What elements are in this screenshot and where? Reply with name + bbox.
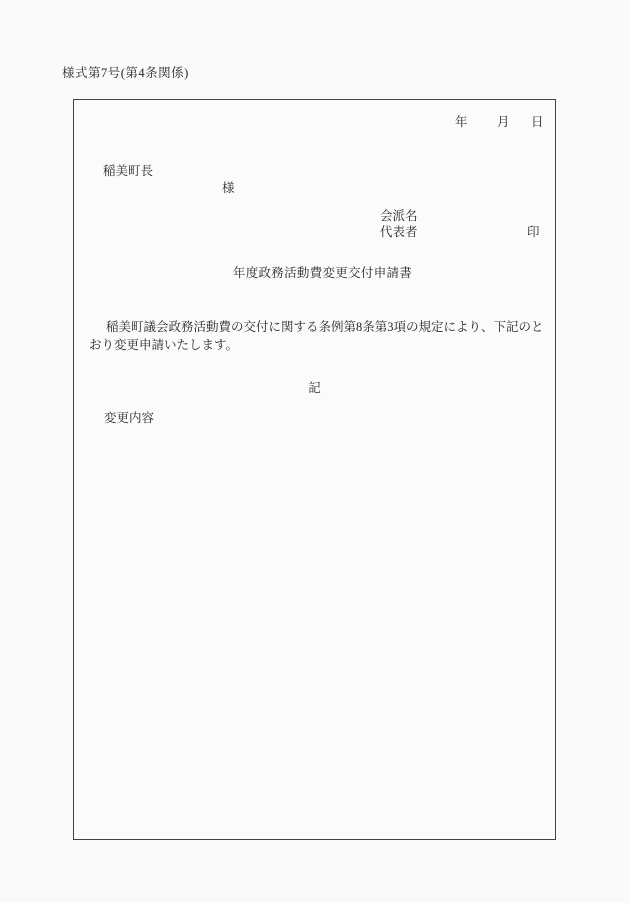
- change-contents-label: 変更内容: [104, 408, 154, 426]
- body-line-1: 稲美町議会政務活動費の交付に関する条例第8条第3項の規定により、下記のと: [89, 318, 541, 336]
- representative-label: 代表者: [380, 222, 418, 240]
- addressee-mayor: 稲美町長: [103, 161, 153, 179]
- body-paragraph: 稲美町議会政務活動費の交付に関する条例第8条第3項の規定により、下記のと おり変…: [89, 318, 541, 354]
- body-line-2: おり変更申請いたします。: [89, 336, 541, 354]
- document-page: 様式第7号(第4条関係) 年 月 日 稲美町長 様 会派名 代表者 印 年度政務…: [0, 0, 630, 903]
- document-title: 年度政務活動費変更交付申請書: [74, 263, 555, 281]
- date-month-label: 月: [497, 112, 510, 130]
- date-day-label: 日: [531, 112, 544, 130]
- record-marker: 記: [74, 378, 555, 396]
- seal-label: 印: [527, 222, 540, 240]
- addressee-honorific: 様: [222, 178, 235, 196]
- form-number: 様式第7号(第4条関係): [62, 63, 189, 81]
- date-year-label: 年: [455, 112, 468, 130]
- form-border-box: 年 月 日 稲美町長 様 会派名 代表者 印 年度政務活動費変更交付申請書 稲美…: [73, 99, 556, 840]
